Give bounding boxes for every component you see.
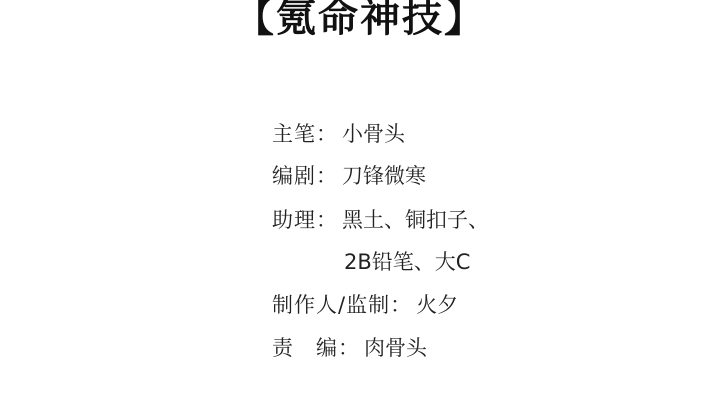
credit-value: 火夕 — [416, 293, 458, 317]
credit-lead-artist: 主笔：小骨头 — [272, 120, 405, 148]
credit-value: 2B铅笔、大C — [344, 250, 470, 274]
credit-screenwriter: 编剧：刀锋微寒 — [272, 162, 426, 190]
credit-label: 主笔： — [272, 122, 338, 146]
credit-value: 刀锋微寒 — [342, 164, 426, 188]
credit-value: 肉骨头 — [364, 336, 427, 360]
credit-label: 助理： — [272, 208, 338, 232]
credit-label: 责 编： — [272, 336, 360, 360]
credit-assistants: 助理：黑土、铜扣子、 — [272, 206, 489, 234]
credit-label: 编剧： — [272, 164, 338, 188]
credit-editor: 责 编：肉骨头 — [272, 334, 427, 362]
credit-label: 制作人/监制： — [272, 293, 412, 317]
page-title: 【氪命神技】 — [0, 0, 720, 42]
credit-value: 黑土、铜扣子、 — [342, 208, 489, 232]
credit-producer: 制作人/监制：火夕 — [272, 291, 458, 319]
credit-assistants-continued: 2B铅笔、大C — [340, 248, 470, 276]
credit-value: 小骨头 — [342, 122, 405, 146]
